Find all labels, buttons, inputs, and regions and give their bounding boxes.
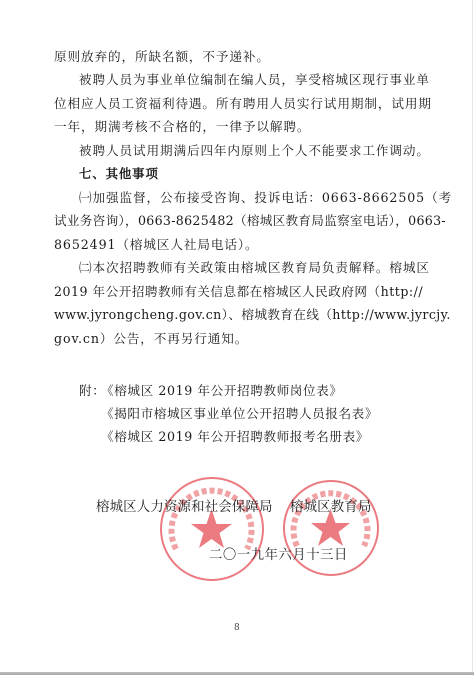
paragraph-line: 被聘人员试用期满后四年内原则上个人不能要求工作调动。 (79, 143, 441, 159)
official-seal-hr-bureau (160, 477, 264, 581)
attachment-item: 《揭阳市榕城区事业单位公开招聘人员报名表》 (101, 406, 378, 422)
paragraph-line: 位相应人员工资福利待遇。所有聘用人员实行试用期制，试用期 (54, 96, 416, 112)
issuer-education-bureau: 榕城区教育局 (290, 500, 372, 516)
paragraph-line: 原则放弃的，所缺名额，不予递补。 (54, 49, 416, 65)
issuer-hr-bureau: 榕城区人力资源和社会保障局 (96, 500, 273, 516)
attachment-item: 《榕城区 2019 年公开招聘教师岗位表》 (101, 383, 343, 399)
paragraph-line: 8652491（榕城区人社局电话）。 (54, 237, 416, 253)
issue-date: 二〇一九年六月十三日 (209, 548, 348, 564)
section-heading: 七、其他事项 (79, 166, 441, 182)
paragraph-line: 2019 年公开招聘教师有关信息都在榕城区人民政府网（http:// (54, 284, 416, 300)
paragraph-line: ㈡本次招聘教师有关政策由榕城区教育局负责解释。榕城区 (79, 260, 441, 276)
paragraph-line: www.jyrongcheng.gov.cn）、榕城教育在线（http://ww… (54, 307, 416, 323)
page-number: 8 (234, 623, 240, 633)
paragraph-line: ㈠加强监督，公布接受咨询、投诉电话：0663-8662505（考 (79, 190, 441, 206)
paragraph-line: gov.cn）公告，不再另行通知。 (54, 331, 416, 347)
paragraph-line: 一年，期满考核不合格的，一律予以解聘。 (54, 119, 416, 135)
paragraph-line: 试业务咨询），0663-8625482（榕城区教育局监察室电话），0663- (54, 213, 416, 229)
attachment-item: 《榕城区 2019 年公开招聘教师报考名册表》 (101, 429, 369, 445)
document-page: 原则放弃的，所缺名额，不予递补。 被聘人员为事业单位编制在编人员，享受榕城区现行… (0, 0, 473, 672)
paragraph-line: 被聘人员为事业单位编制在编人员，享受榕城区现行事业单 (79, 72, 441, 88)
